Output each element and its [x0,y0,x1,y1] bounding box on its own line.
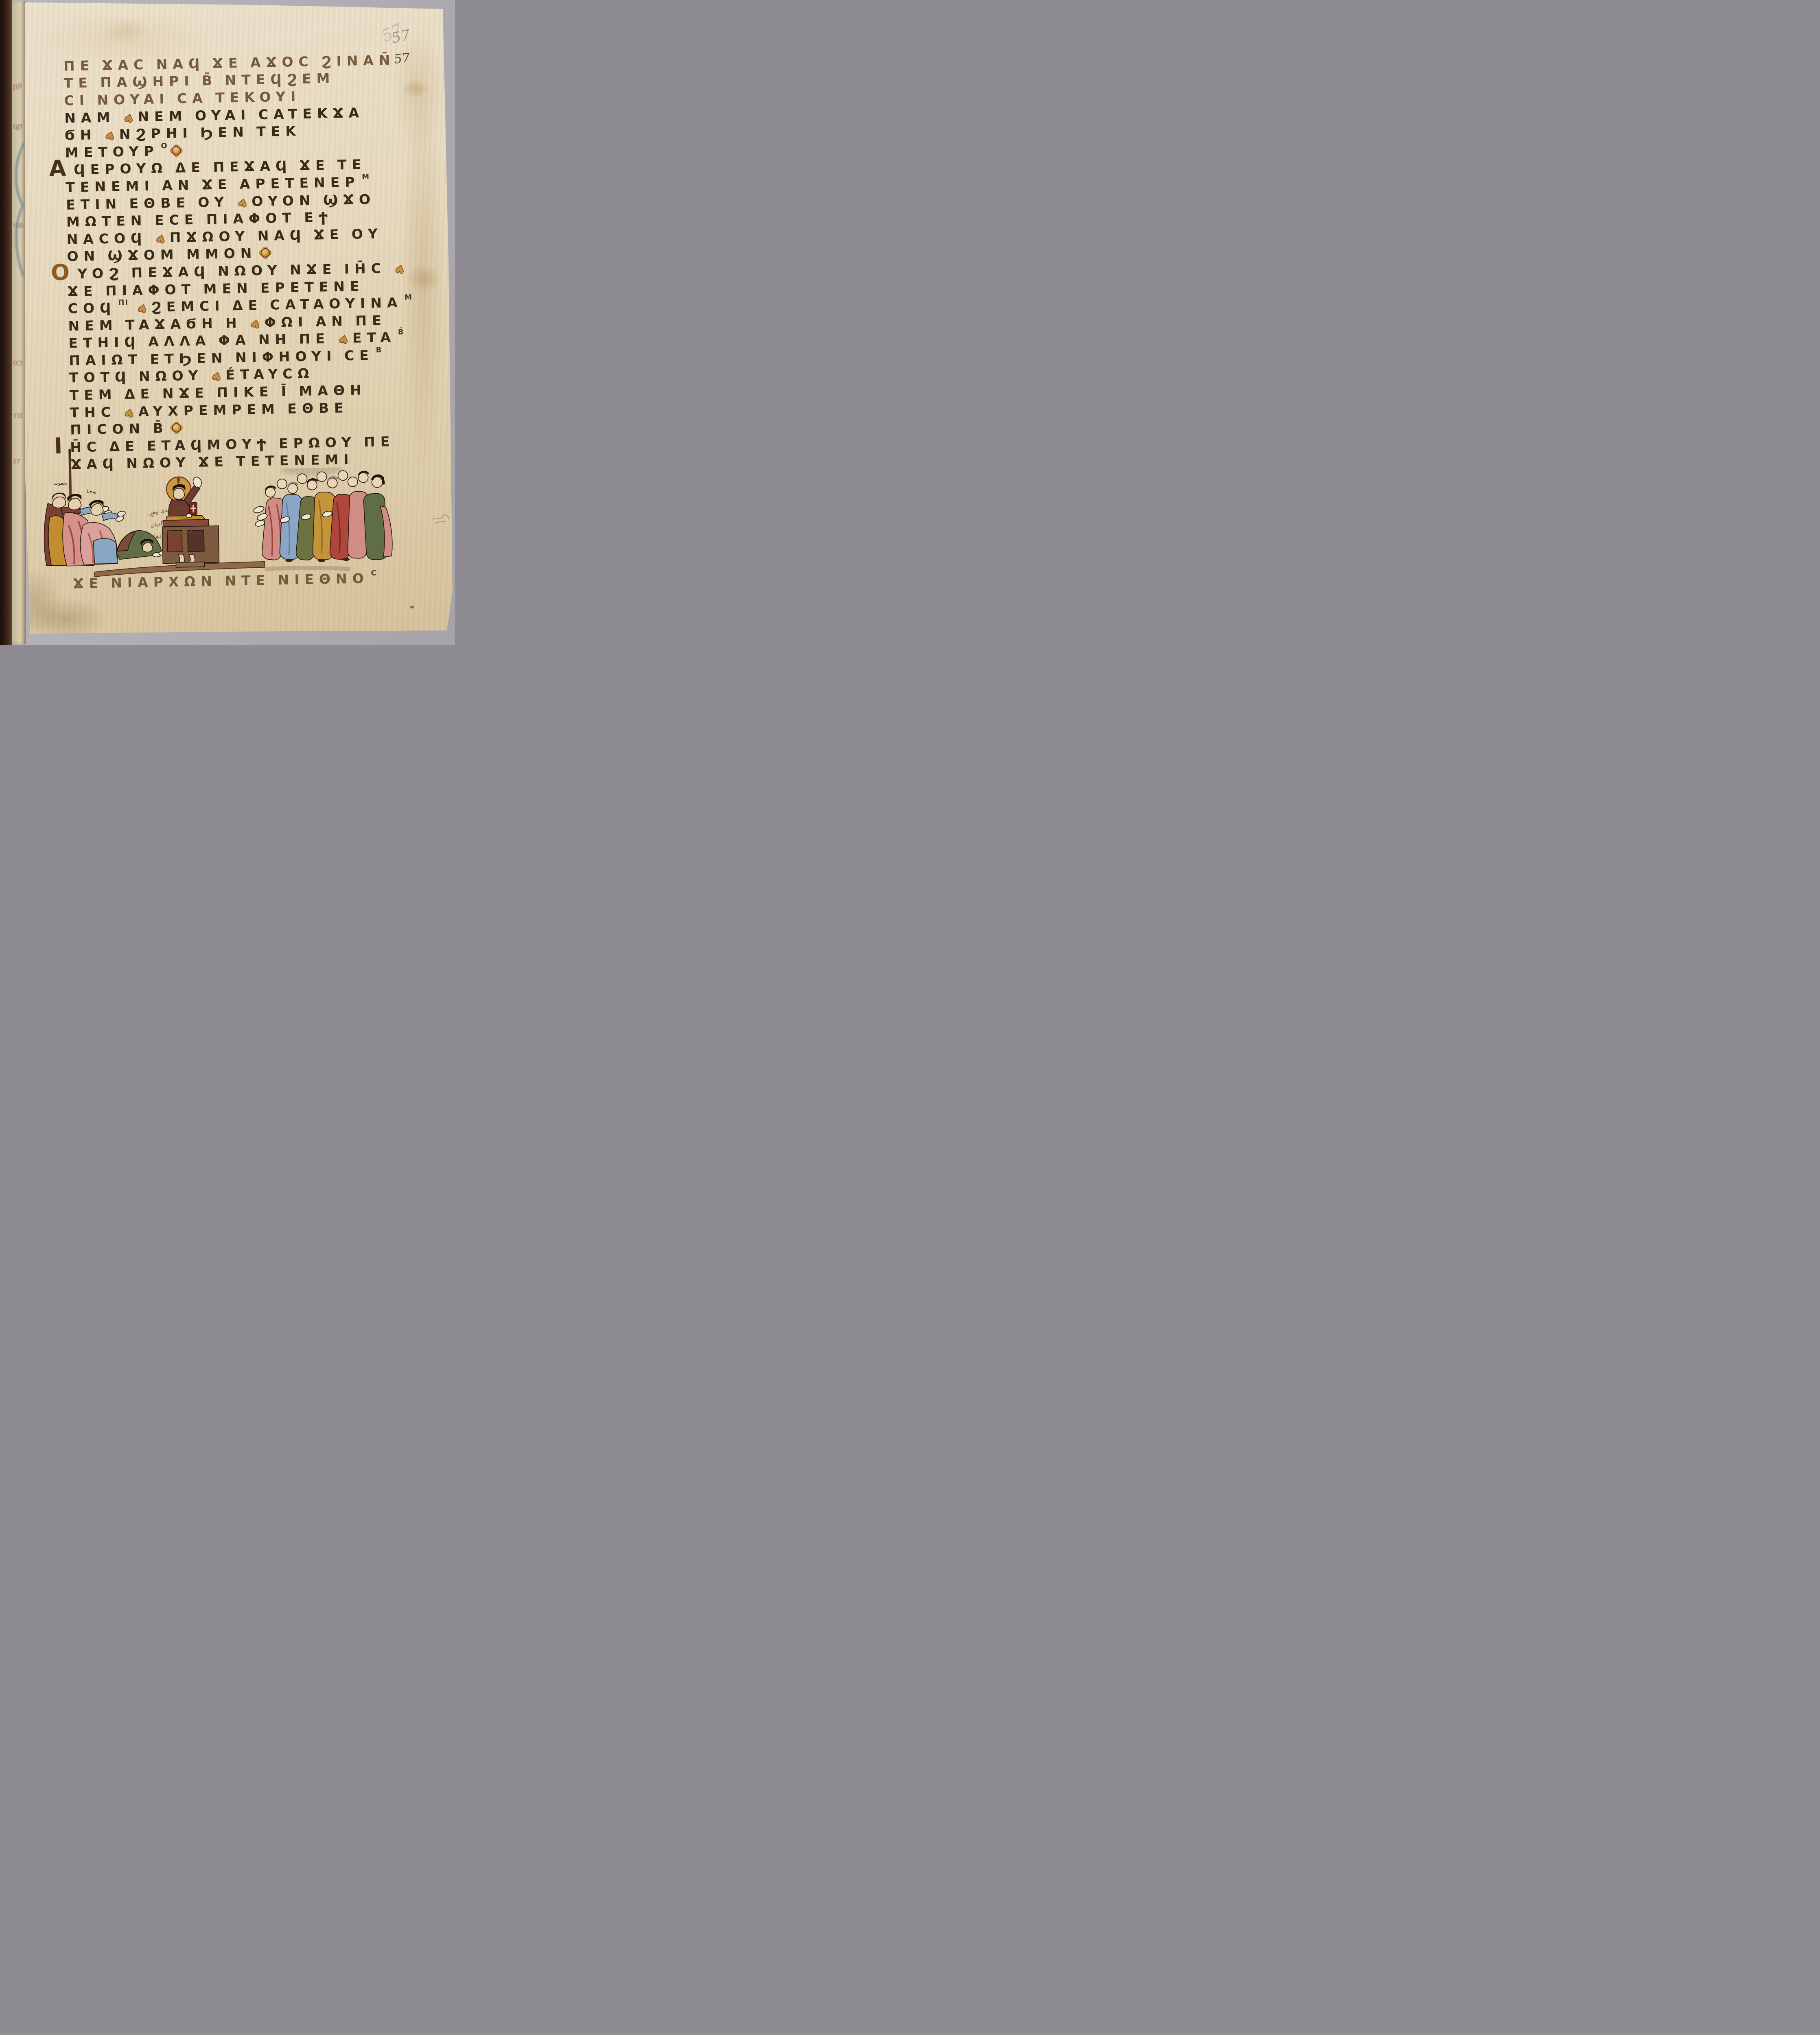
showthrough-text-fragment: τι [13,456,21,466]
manuscript-photo: ϥη ηρ αν ςο πτ τι 57 57 57 ΠE ϪAC NAϤ ϪE… [0,0,455,645]
coptic-text: ETIN EΘBE OY [66,194,230,212]
coptic-text: ÉTAYCΩ [225,365,315,383]
coptic-text: AYXPEMPEM EΘBE [138,400,349,419]
facing-page-initial-showthrough [11,138,27,281]
coptic-text: NϨPHI ϦEN TEK [119,123,301,142]
ornament-icon [389,260,407,276]
showthrough-text-fragment: ϥη [13,81,22,92]
line-initial: A [49,155,72,182]
ornament-icon [99,127,117,142]
coptic-text: ΦΩI AN ΠE [265,312,387,330]
coptic-text: METOYP [65,143,159,160]
superscript-letter: B̄ [398,328,405,337]
coptic-text: ϬH [65,127,97,143]
coptic-text: OYON ϢϪO [252,191,376,209]
showthrough-text-fragment: ηρ [13,121,23,131]
disciples-group [252,466,393,563]
margin-scribble [431,511,450,526]
line-initial: O [51,259,75,285]
ornament-icon [131,299,149,315]
book-spine [0,0,12,645]
coptic-text: NAM [64,109,116,126]
coptic-text: COϤ [68,300,116,317]
coptic-text: TOTϤ NΩOY [69,368,203,386]
coptic-text: NEM TAϪAϬH H [68,315,242,334]
gutter-facing-folio-edge: ϥη ηρ αν ςο πτ τι [12,1,26,644]
ornament-icon [232,193,249,209]
parchment-page: 57 57 57 ΠE ϪAC NAϤ ϪE AϪOC ϨINAN̄ TE ΠA… [0,0,455,645]
coptic-text-block: ΠE ϪAC NAϤ ϪE AϪOC ϨINAN̄ TE ΠAϢHPI B̄ N… [63,50,442,475]
ornament-icon [244,315,262,330]
arabic-caption-john: يوحنا [87,488,97,495]
superscript-letter: M [362,173,370,181]
ornament-icon [172,146,181,155]
superscript-letter: ΠI [118,298,129,307]
ornament-icon [260,248,270,258]
page-content: ΠE ϪAC NAϤ ϪE AϪOC ϨINAN̄ TE ΠAϢHPI B̄ N… [0,0,455,645]
coptic-text: ΠICON B̄ [70,420,168,438]
coptic-text: ON ϢϪOM MMON [67,245,257,265]
superscript-letter: B [376,346,382,354]
superscript-letter: M [405,293,413,302]
showthrough-text-fragment: ςο [13,357,22,367]
superscript-letter: O [161,142,168,150]
arabic-caption-james: يعقوب [54,480,67,487]
superscript-letter: C [371,569,377,578]
ornament-icon [206,367,223,383]
coptic-text: NACOϤ [66,230,147,247]
coptic-text: ETA [352,329,396,346]
ornament-icon [118,404,136,420]
line-initial: I [54,433,68,459]
footstool [176,562,204,567]
ornament-icon [149,230,167,245]
ornament-icon [118,109,136,125]
miniature: يعقوب يوحنا امرابني زبدي وهي تطلب من الد… [35,466,411,584]
ornament-icon [172,423,182,433]
showthrough-text-fragment: πτ [13,410,23,420]
ornament-icon [332,330,350,346]
coptic-text: THC [70,404,116,420]
